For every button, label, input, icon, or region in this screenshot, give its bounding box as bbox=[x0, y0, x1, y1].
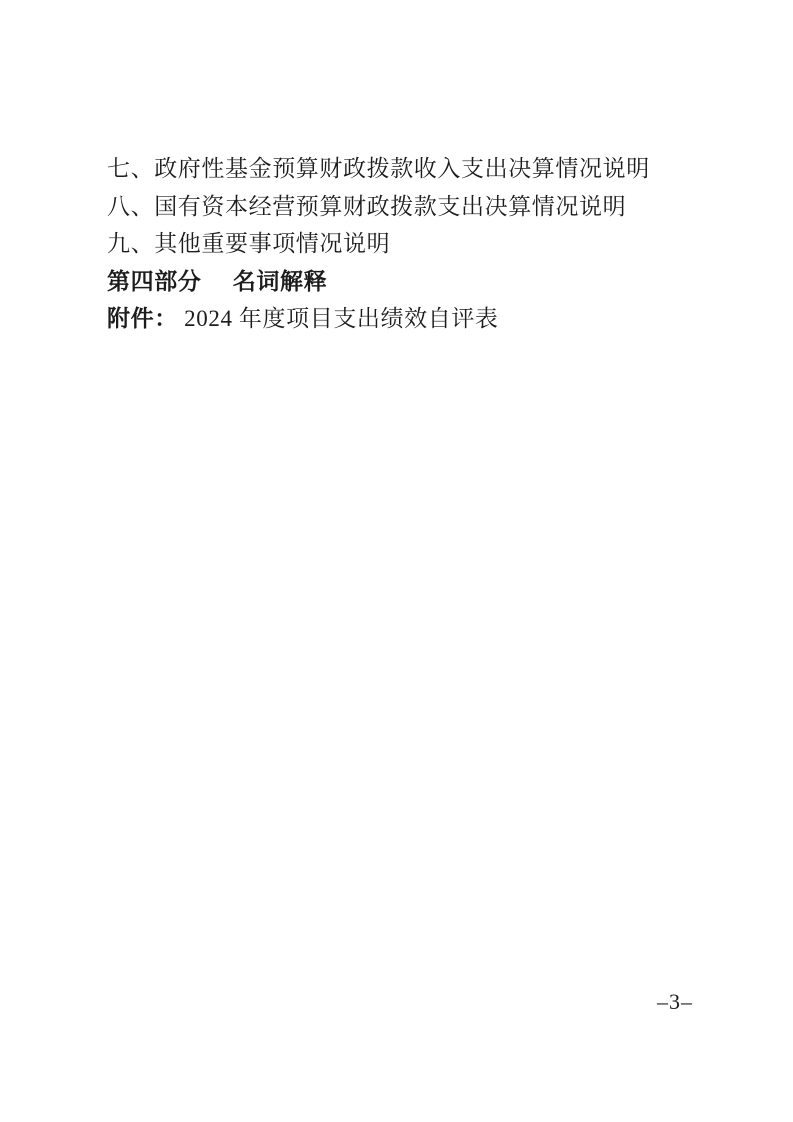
toc-block: 七、政府性基金预算财政拨款收入支出决算情况说明 八、国有资本经营预算财政拨款支出… bbox=[107, 150, 650, 338]
document-page: 七、政府性基金预算财政拨款收入支出决算情况说明 八、国有资本经营预算财政拨款支出… bbox=[0, 0, 793, 1122]
attachment-label: 附件： bbox=[107, 306, 178, 331]
page-number: –3– bbox=[657, 990, 693, 1014]
toc-item-8: 八、国有资本经营预算财政拨款支出决算情况说明 bbox=[107, 188, 650, 226]
toc-item-7: 七、政府性基金预算财政拨款收入支出决算情况说明 bbox=[107, 150, 650, 188]
section-part-label: 第四部分 bbox=[107, 269, 201, 294]
section-heading: 第四部分 名词解释 bbox=[107, 263, 650, 301]
attachment-value: 2024 年度项目支出绩效自评表 bbox=[184, 306, 498, 331]
toc-item-9: 九、其他重要事项情况说明 bbox=[107, 225, 650, 263]
attachment-line: 附件： 2024 年度项目支出绩效自评表 bbox=[107, 300, 650, 338]
section-part-title: 名词解释 bbox=[233, 269, 327, 294]
